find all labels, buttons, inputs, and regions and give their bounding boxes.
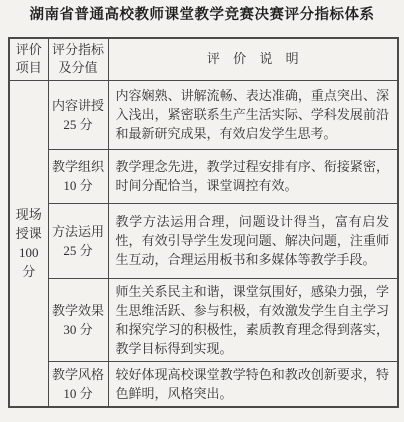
description-cell: 内容娴熟、讲解流畅、表达准确，重点突出、深入浅出，紧密联系生产生活实际、学科发展… xyxy=(108,80,398,149)
indicator-score: 10 分 xyxy=(49,384,108,403)
indicator-name: 教学效果 xyxy=(49,301,108,320)
header-cell-description: 评 价 说 明 xyxy=(108,38,398,80)
category-cell: 现场 授课 100 分 xyxy=(9,80,48,407)
description-cell: 师生关系民主和谐，课堂氛围好，感染力强，学生思维活跃、参与积极，有效激发学生自主… xyxy=(108,278,398,361)
header-indicator-line2: 及分值 xyxy=(49,59,108,77)
header-category-line1: 评价 xyxy=(10,41,48,59)
header-cell-indicator: 评分指标 及分值 xyxy=(48,38,108,80)
table-header-row: 评价 项目 评分指标 及分值 评 价 说 明 xyxy=(9,38,398,80)
scoring-table: 评价 项目 评分指标 及分值 评 价 说 明 现场 授课 100 分 内容讲授 … xyxy=(8,37,399,408)
indicator-cell: 教学效果 30 分 xyxy=(48,278,108,361)
indicator-name: 教学风格 xyxy=(49,365,108,384)
table-row: 教学风格 10 分 较好体现高校课堂教学特色和教改创新要求，特色鲜明，风格突出。 xyxy=(9,361,398,407)
table-row: 教学效果 30 分 师生关系民主和谐，课堂氛围好，感染力强，学生思维活跃、参与积… xyxy=(9,278,398,361)
header-indicator-line1: 评分指标 xyxy=(49,41,108,59)
indicator-name: 内容讲授 xyxy=(49,96,108,115)
category-line: 100 xyxy=(10,243,48,262)
page-title: 湖南省普通高校教师课堂教学竞赛决赛评分指标体系 xyxy=(0,6,404,24)
indicator-score: 25 分 xyxy=(49,241,108,260)
category-line: 授课 xyxy=(10,224,48,243)
document-page: 湖南省普通高校教师课堂教学竞赛决赛评分指标体系 评价 项目 评分指标 及分值 评… xyxy=(0,0,404,422)
header-category-line2: 项目 xyxy=(10,59,48,77)
indicator-cell: 教学风格 10 分 xyxy=(48,361,108,407)
table-row: 方法运用 25 分 教学方法运用合理，问题设计得当，富有启发性，有效引导学生发现… xyxy=(9,203,398,278)
indicator-cell: 教学组织 10 分 xyxy=(48,149,108,203)
table-row: 现场 授课 100 分 内容讲授 25 分 内容娴熟、讲解流畅、表达准确，重点突… xyxy=(9,80,398,149)
indicator-score: 10 分 xyxy=(49,176,108,195)
category-line: 现场 xyxy=(10,205,48,224)
indicator-cell: 方法运用 25 分 xyxy=(48,203,108,278)
indicator-score: 30 分 xyxy=(49,320,108,339)
header-cell-category: 评价 项目 xyxy=(9,38,48,80)
description-cell: 较好体现高校课堂教学特色和教改创新要求，特色鲜明，风格突出。 xyxy=(108,361,398,407)
table-row: 教学组织 10 分 教学理念先进，教学过程安排有序、衔接紧密，时间分配恰当，课堂… xyxy=(9,149,398,203)
indicator-score: 25 分 xyxy=(49,115,108,134)
indicator-name: 教学组织 xyxy=(49,157,108,176)
description-cell: 教学方法运用合理，问题设计得当，富有启发性，有效引导学生发现问题、解决问题，注重… xyxy=(108,203,398,278)
category-line: 分 xyxy=(10,262,48,281)
indicator-name: 方法运用 xyxy=(49,222,108,241)
indicator-cell: 内容讲授 25 分 xyxy=(48,80,108,149)
description-cell: 教学理念先进，教学过程安排有序、衔接紧密，时间分配恰当，课堂调控有效。 xyxy=(108,149,398,203)
